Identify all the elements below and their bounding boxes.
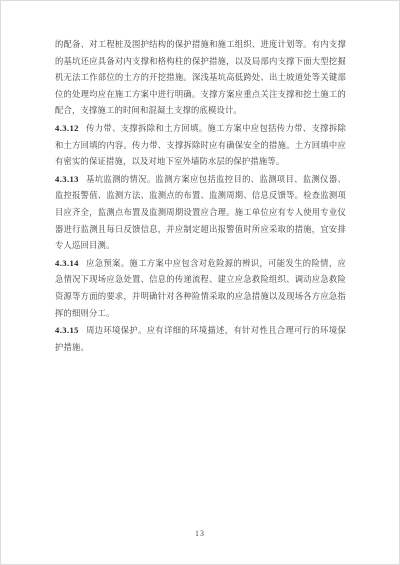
clause-text: 传力带、支撑拆除和土方回填。施工方案中应包括传力带、支撑拆除和土方回填的内容。传… — [55, 124, 346, 166]
clause-paragraph: 4.3.14应急预案。施工方案中应包含对危险源的辨识，可能发生的险情，应急情况下… — [55, 255, 346, 322]
clause-number: 4.3.12 — [55, 123, 79, 133]
page-number: 13 — [0, 529, 400, 538]
page-content: 的配备、对工程桩及围护结构的保护措施和施工组织、进度计划等。有内支撑的基坑还应具… — [55, 37, 346, 356]
clause-number: 4.3.13 — [55, 174, 79, 184]
clause-paragraph: 4.3.12传力带、支撑拆除和土方回填。施工方案中应包括传力带、支撑拆除和土方回… — [55, 120, 346, 171]
clause-text: 应急预案。施工方案中应包含对危险源的辨识，可能发生的险情，应急情况下现场应急处置… — [55, 259, 346, 318]
clause-number: 4.3.14 — [55, 258, 79, 268]
clause-text: 的配备、对工程桩及围护结构的保护措施和施工组织、进度计划等。有内支撑的基坑还应具… — [55, 40, 346, 115]
clause-number: 4.3.15 — [55, 325, 79, 335]
clause-text: 周边环境保护。应有详细的环境描述，有针对性且合理可行的环境保护措施。 — [55, 326, 346, 352]
document-page: 的配备、对工程桩及围护结构的保护措施和施工组织、进度计划等。有内支撑的基坑还应具… — [0, 0, 400, 565]
clause-paragraph: 4.3.13基坑监测的情况。监测方案应包括监控目的、监测项目、监测仪器、监控报警… — [55, 171, 346, 255]
clause-paragraph: 4.3.15周边环境保护。应有详细的环境描述，有针对性且合理可行的环境保护措施。 — [55, 322, 346, 356]
clause-text: 基坑监测的情况。监测方案应包括监控目的、监测项目、监测仪器、监控报警值、监测方法… — [55, 175, 346, 250]
continuation-paragraph: 的配备、对工程桩及围护结构的保护措施和施工组织、进度计划等。有内支撑的基坑还应具… — [55, 37, 346, 120]
